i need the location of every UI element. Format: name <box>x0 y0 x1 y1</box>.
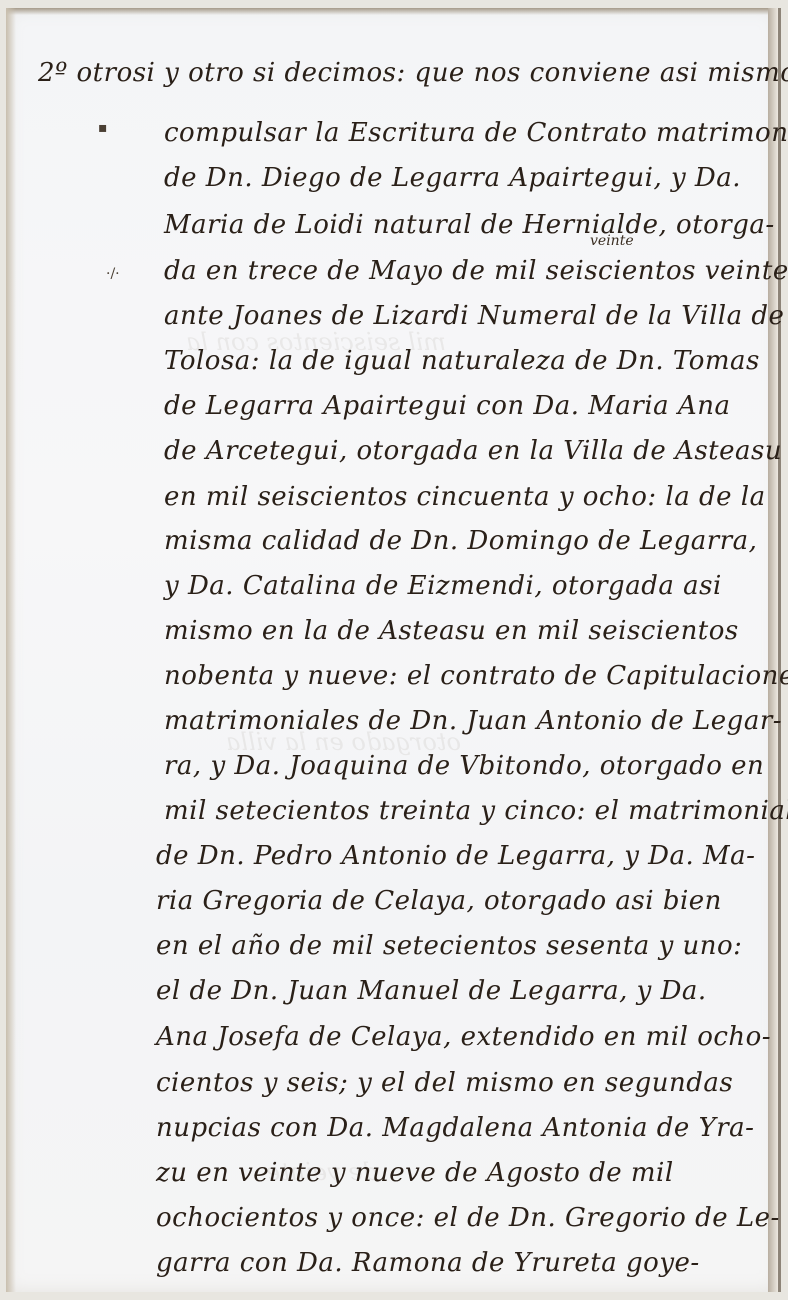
text-line-24: nupcias con Da. Magdalena Antonia de Yra… <box>156 1115 754 1141</box>
text-line-26: ochocientos y once: el de Dn. Gregorio d… <box>156 1205 780 1231</box>
text-line-8: de Legarra Apairtegui con Da. Maria Ana <box>164 393 730 419</box>
text-line-20: en el año de mil setecientos sesenta y u… <box>156 933 742 959</box>
text-line-14: nobenta y nueve: el contrato de Capitula… <box>164 663 788 689</box>
interlinear-insertion: veinte <box>590 233 634 249</box>
text-line-27: garra con Da. Ramona de Yrureta goye- <box>156 1250 700 1276</box>
manuscript-scan: mil seiscientos con la otorgado en la vi… <box>0 0 788 1300</box>
text-line-11: misma calidad de Dn. Domingo de Legarra, <box>164 528 757 554</box>
text-line-19: ria Gregoria de Celaya, otorgado asi bie… <box>156 888 722 914</box>
text-line-5: da en trece de Mayo de mil seiscientos v… <box>164 258 788 284</box>
text-line-3: de Dn. Diego de Legarra Apairtegui, y Da… <box>164 165 741 191</box>
manuscript-page: mil seiscientos con la otorgado en la vi… <box>6 8 781 1292</box>
text-line-15: matrimoniales de Dn. Juan Antonio de Leg… <box>164 708 782 734</box>
page-binding-edge <box>768 8 778 1292</box>
text-line-12: y Da. Catalina de Eizmendi, otorgada asi <box>164 573 722 599</box>
text-line-25: zu en veinte y nueve de Agosto de mil <box>156 1160 674 1186</box>
margin-mark-slash: ·/· <box>106 266 120 282</box>
margin-mark-dot: ▪ <box>98 120 108 136</box>
text-line-23: cientos y seis; y el del mismo en segund… <box>156 1070 733 1096</box>
text-line-18: de Dn. Pedro Antonio de Legarra, y Da. M… <box>156 843 755 869</box>
text-line-22: Ana Josefa de Celaya, extendido en mil o… <box>156 1024 771 1050</box>
text-line-2: compulsar la Escritura de Contrato matri… <box>164 120 788 146</box>
text-line-4: Maria de Loidi natural de Hernialde, oto… <box>164 212 775 238</box>
page-left-edge <box>6 8 16 1292</box>
text-line-7: Tolosa: la de igual naturaleza de Dn. To… <box>164 348 760 374</box>
text-line-10: en mil seiscientos cincuenta y ocho: la … <box>164 484 766 510</box>
text-line-13: mismo en la de Asteasu en mil seisciento… <box>164 618 739 644</box>
text-line-16: ra, y Da. Joaquina de Vbitondo, otorgado… <box>164 753 764 779</box>
text-line-1: 2º otrosi y otro si decimos: que nos con… <box>38 60 788 86</box>
text-line-6: ante Joanes de Lizardi Numeral de la Vil… <box>164 303 784 329</box>
text-line-17: mil setecientos treinta y cinco: el matr… <box>164 798 788 824</box>
text-line-9: de Arcetegui, otorgada en la Villa de As… <box>164 438 782 464</box>
text-line-21: el de Dn. Juan Manuel de Legarra, y Da. <box>156 978 707 1004</box>
